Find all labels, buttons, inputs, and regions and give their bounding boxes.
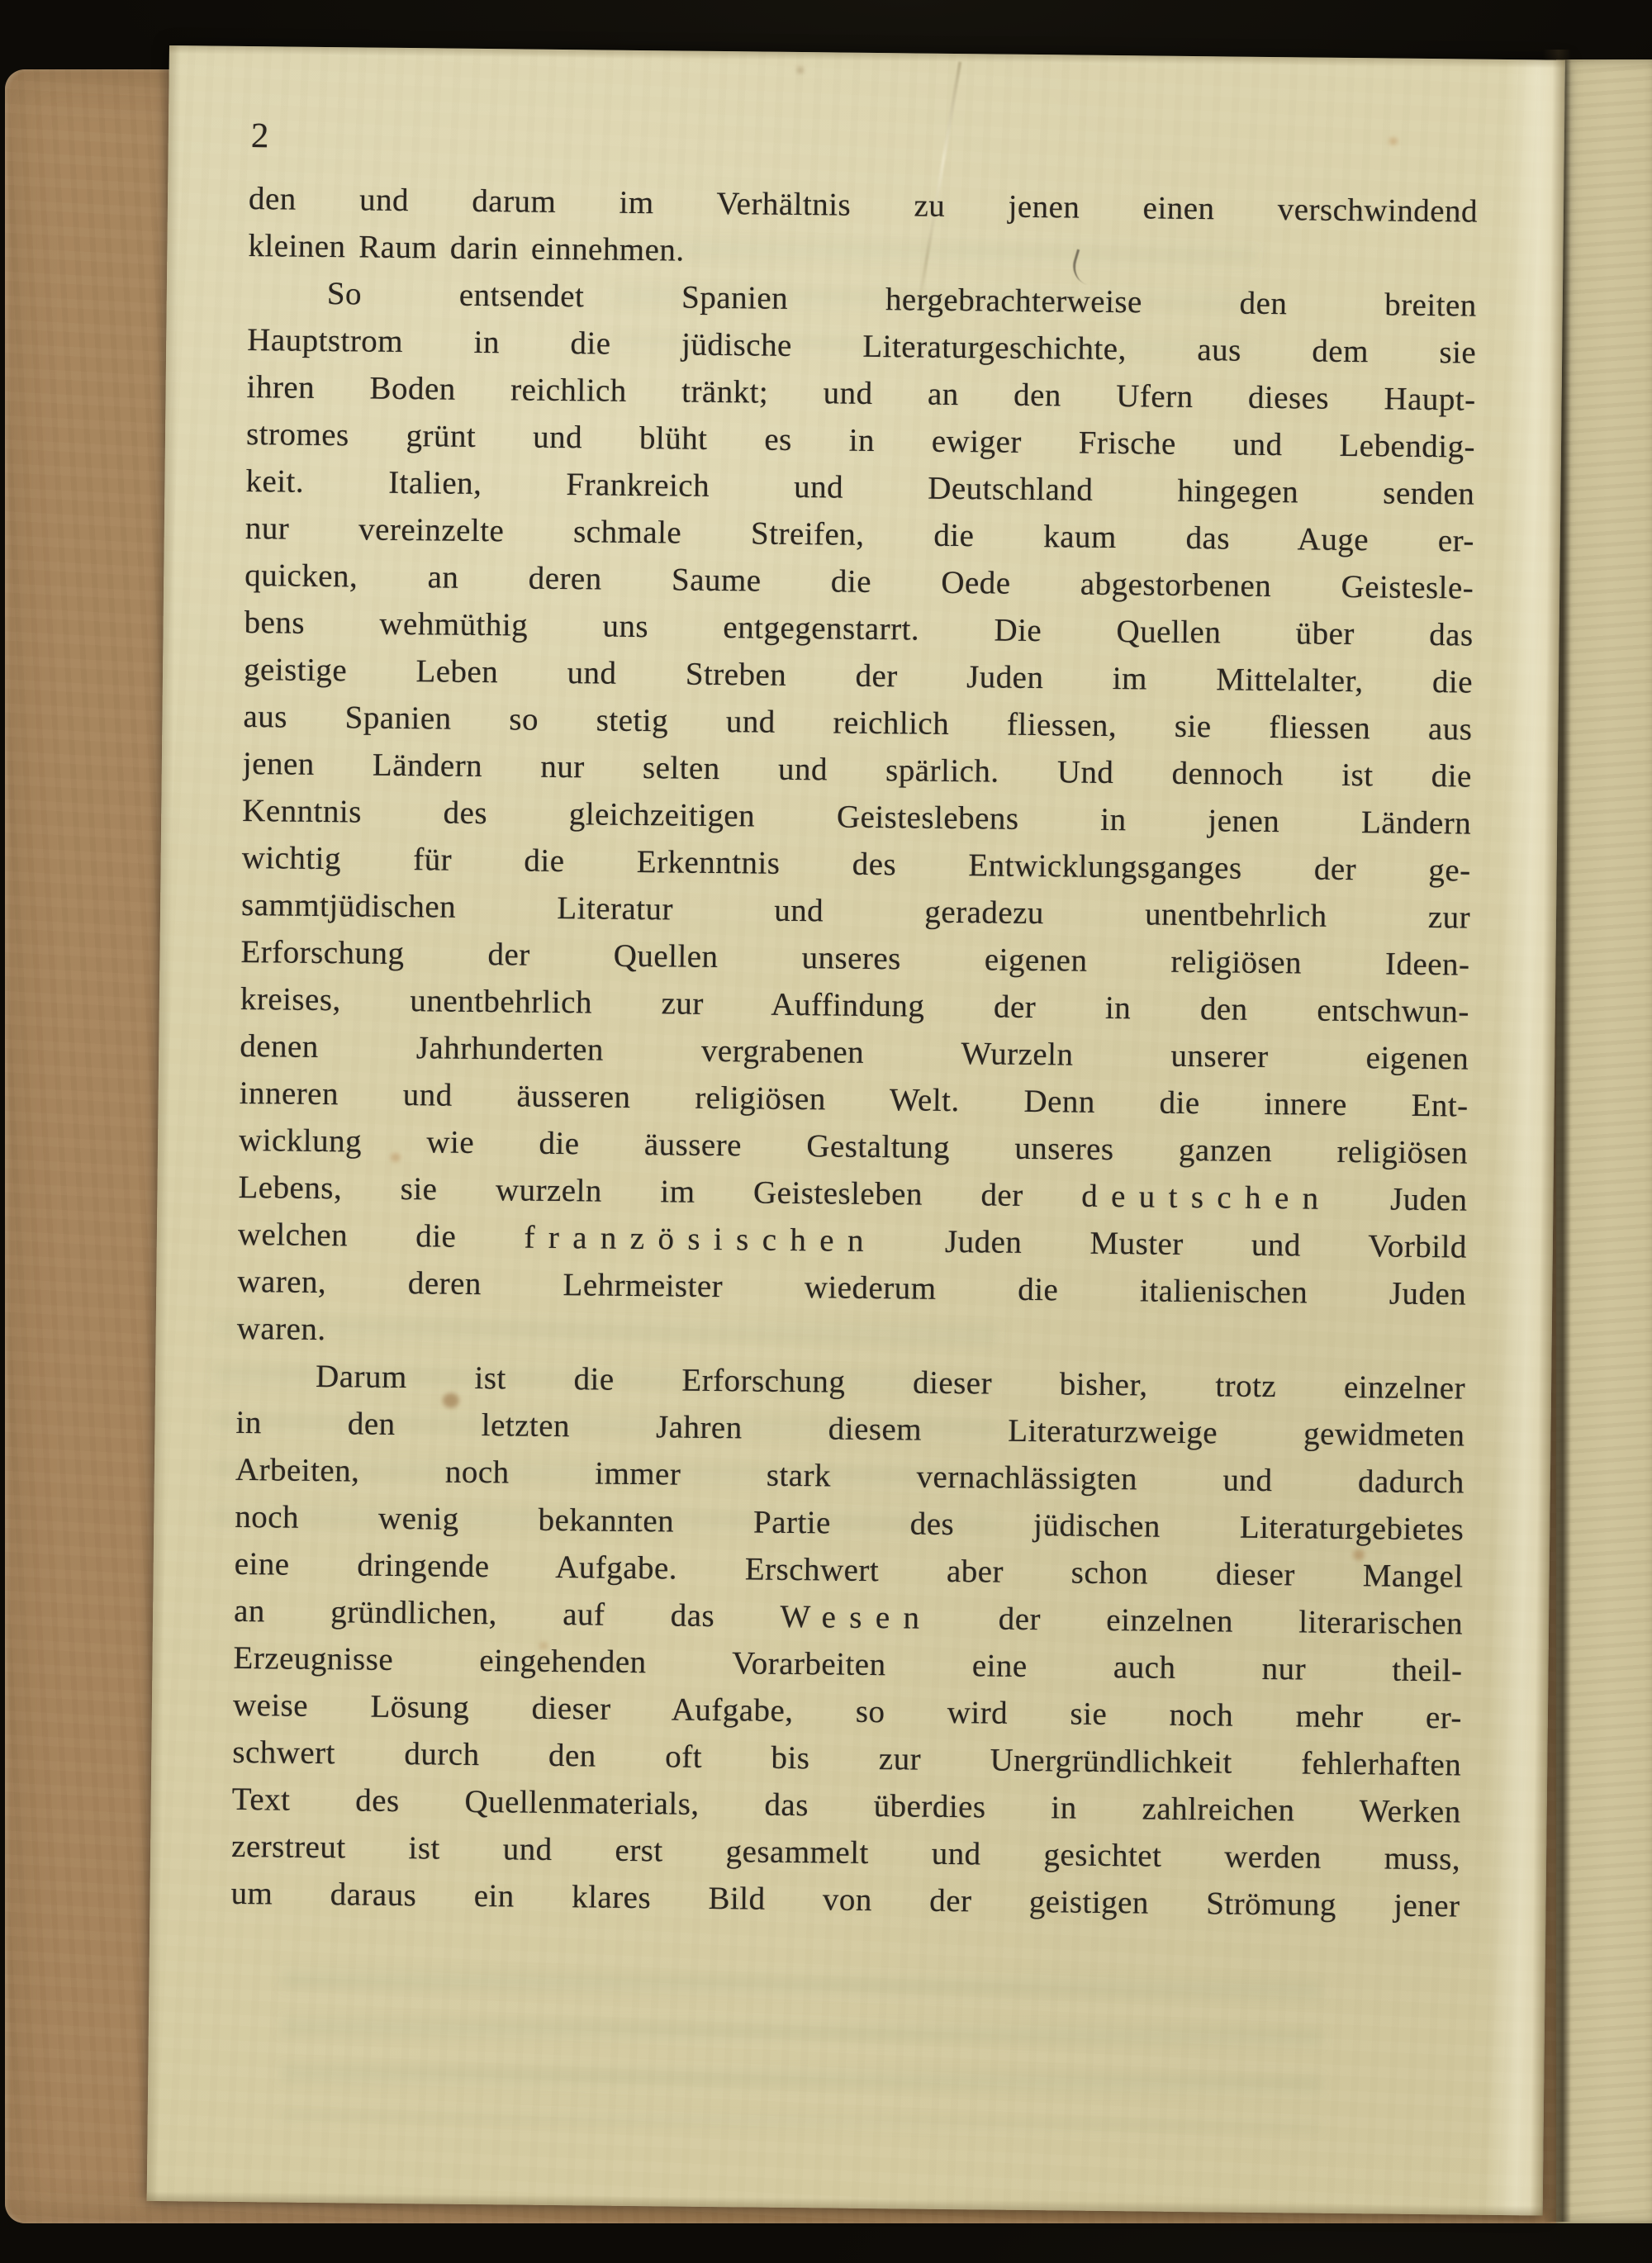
text-segment: So entsendet Spanien hergebrachterweise … [327, 276, 1477, 324]
text-segment: eine dringende Aufgabe. Erschwert aber s… [235, 1546, 1464, 1595]
text-segment: wicklung wie die äussere Gestaltung unse… [239, 1122, 1468, 1171]
text-segment: Erforschung der Quellen unseres eigenen … [240, 934, 1469, 983]
text-segment: jenen Ländern nur selten und spärlich. U… [243, 746, 1472, 795]
text-segment: aus Spanien so stetig und reichlich flie… [243, 699, 1472, 747]
text-segment: Lebens, sie wurzeln im Geistesleben der [238, 1169, 1081, 1214]
text-segment: quicken, an deren Saume die Oede abgesto… [244, 557, 1474, 606]
text-segment: denen Jahrhunderten vergrabenen Wurzeln … [240, 1028, 1469, 1077]
text-segment: welchen die [238, 1217, 525, 1255]
book-scan: { "colors":{ "backdrop":"#0d0b07", "pape… [0, 0, 1652, 2263]
emphasized-spaced-word: Wesen [780, 1599, 933, 1636]
text-segment: in den letzten Jahren diesem Literaturzw… [235, 1405, 1464, 1454]
emphasized-spaced-word: deutschen [1081, 1179, 1332, 1217]
text-segment: Juden [1332, 1181, 1467, 1218]
text-segment: bens wehmüthig uns entgegenstarrt. Die Q… [244, 605, 1473, 653]
text-segment: Juden Muster und Vorbild [877, 1223, 1467, 1264]
text-segment: keit. Italien, Frankreich und Deutschlan… [245, 463, 1474, 512]
text-segment: der einzelnen literarischen [933, 1601, 1463, 1642]
text-segment: an gründlichen, auf das [234, 1593, 781, 1634]
text-segment: nur vereinzelte schmale Streifen, die ka… [245, 510, 1474, 559]
text-segment: stromes grünt und blüht es in ewiger Fri… [246, 416, 1475, 465]
book-page: 2 den und darum im Verhältnis zu jenen e… [147, 45, 1565, 2216]
text-segment: kleinen Raum darin einnehmen. [248, 228, 685, 268]
text-segment: waren. [237, 1311, 326, 1347]
foxing-spot [797, 67, 804, 74]
text-segment: sammtjüdischen Literatur und geradezu un… [241, 887, 1470, 936]
text-segment: zerstreut ist und erst gesammelt und ges… [231, 1829, 1460, 1877]
page-text: den und darum im Verhältnis zu jenen ein… [230, 175, 1478, 1929]
text-segment: kreises, unentbehrlich zur Auffindung de… [240, 981, 1469, 1030]
text-segment: waren, deren Lehrmeister wiederum die it… [237, 1264, 1466, 1312]
text-segment: wichtig für die Erkenntnis des Entwicklu… [241, 840, 1470, 889]
emphasized-spaced-word: französischen [524, 1220, 877, 1259]
text-segment: Text des Quellenmaterials, das überdies … [232, 1781, 1461, 1830]
text-segment: weise Lösung dieser Aufgabe, so wird sie… [233, 1687, 1462, 1736]
text-segment: noch wenig bekannten Partie des jüdische… [235, 1499, 1464, 1548]
text-segment: inneren und äusseren religiösen Welt. De… [239, 1075, 1468, 1124]
text-segment: schwert durch den oft bis zur Unergründl… [232, 1734, 1461, 1783]
page-number: 2 [251, 116, 269, 156]
text-segment: Kenntnis des gleichzeitigen Geistesleben… [242, 793, 1471, 842]
text-segment: Erzeugnisse eingehenden Vorarbeiten eine… [233, 1640, 1462, 1689]
text-segment: um daraus ein klares Bild von der geisti… [230, 1876, 1460, 1924]
text-segment: den und darum im Verhältnis zu jenen ein… [249, 181, 1478, 230]
foxing-spot [1389, 137, 1398, 145]
text-segment: Darum ist die Erforschung dieser bisher,… [316, 1359, 1465, 1407]
text-segment: geistige Leben und Streben der Juden im … [244, 652, 1473, 700]
text-segment: Arbeiten, noch immer stark vernachlässig… [235, 1452, 1464, 1501]
text-segment: ihren Boden reichlich tränkt; und an den… [246, 369, 1475, 418]
text-segment: Hauptstrom in die jüdische Literaturgesc… [247, 322, 1476, 371]
